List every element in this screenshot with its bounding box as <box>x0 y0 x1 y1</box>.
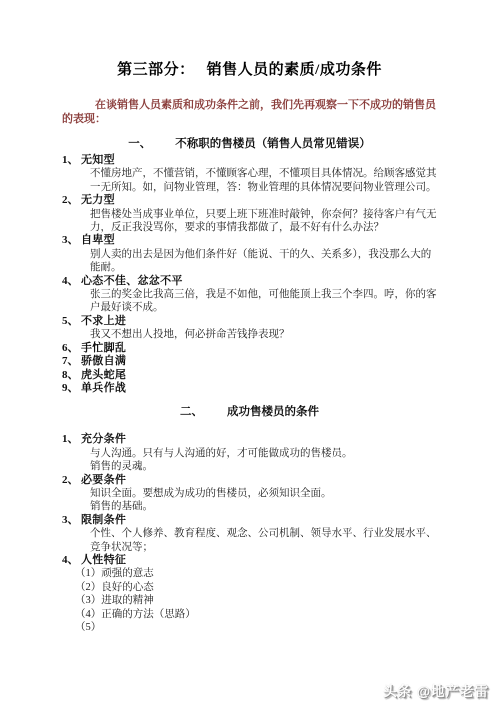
item-body: 把售楼处当成事业单位，只要上班下班准时敲钟，你奈何？接待客户有气无力，反正我没骂… <box>90 208 437 235</box>
item-number: 4、 <box>62 275 81 288</box>
list-item: 2、必要条件 知识全面。要想成为成功的售楼员，必须知识全面。 销售的基础。 <box>62 474 437 514</box>
section1-heading: 一、不称职的售楼员（销售人员常见错误） <box>62 135 437 151</box>
section1-heading-number: 一、 <box>128 138 151 150</box>
item-number: 8、 <box>62 369 81 382</box>
item-title: 自卑型 <box>81 234 115 246</box>
item-head: 1、无知型 <box>62 154 437 167</box>
item-head: 9、单兵作战 <box>62 382 437 395</box>
list-item: 3、限制条件 个性、个人修养、教育程度、观念、公司机制、领导水平、行业发展水平、… <box>62 514 437 554</box>
list-item: 5、不求上进 我又不想出人投地，何必拼命苦钱挣表现？ <box>62 315 437 342</box>
watermark: 头条 @地产老雷 <box>383 680 489 700</box>
list-item: 1、充分条件 与人沟通。只有与人沟通的好，才可能做成功的售楼员。 销售的灵魂。 <box>62 433 437 473</box>
item-body: 张三的奖金比我高三倍，我是不如他，可他能顶上我三个李四。哼，你的客户最好谈不成。 <box>90 288 437 315</box>
item-title: 无知型 <box>81 154 115 166</box>
section2-heading-text: 成功售楼员的条件 <box>227 406 319 418</box>
item-number: 4、 <box>62 554 81 567</box>
item-head: 3、自卑型 <box>62 234 437 247</box>
item-title: 无力型 <box>81 194 115 206</box>
page-title: 第三部分：销售人员的素质/成功条件 <box>62 58 437 79</box>
section1-heading-text: 不称职的售楼员（销售人员常见错误） <box>175 138 371 150</box>
page-title-main: 销售人员的素质/成功条件 <box>207 62 382 78</box>
section2-heading: 二、成功售楼员的条件 <box>62 403 437 419</box>
sub-item: （4）正确的方法（思路） <box>75 608 437 621</box>
list-item: 7、骄傲自满 <box>62 355 437 368</box>
item-body-line: 销售的基础。 <box>90 500 437 513</box>
list-item: 2、无力型 把售楼处当成事业单位，只要上班下班准时敲钟，你奈何？接待客户有气无力… <box>62 194 437 234</box>
item-body-line: 个性、个人修养、教育程度、观念、公司机制、领导水平、行业发展水平、竞争状况等； <box>90 527 437 554</box>
section2-list: 1、充分条件 与人沟通。只有与人沟通的好，才可能做成功的售楼员。 销售的灵魂。 … <box>62 433 437 634</box>
item-title: 充分条件 <box>81 433 126 445</box>
sub-item: （3）进取的精神 <box>75 594 437 607</box>
item-body-line: 与人沟通。只有与人沟通的好，才可能做成功的售楼员。 <box>90 447 437 460</box>
item-body-line: 知识全面。要想成为成功的售楼员，必须知识全面。 <box>90 487 437 500</box>
section1-list: 1、无知型 不懂房地产，不懂营销，不懂顾客心理，不懂项目具体情况。给顾客感觉其一… <box>62 154 437 395</box>
list-item: 8、虎头蛇尾 <box>62 369 437 382</box>
item-number: 9、 <box>62 382 81 395</box>
item-title: 人性特征 <box>81 554 126 566</box>
item-head: 2、无力型 <box>62 194 437 207</box>
item-title: 单兵作战 <box>81 382 126 394</box>
item-head: 3、限制条件 <box>62 514 437 527</box>
item-body: 我又不想出人投地，何必拼命苦钱挣表现？ <box>90 328 437 341</box>
item-body: 别人卖的出去是因为他们条件好（能说、干的久、关系多），我没那么大的能耐。 <box>90 248 437 275</box>
item-number: 7、 <box>62 355 81 368</box>
item-number: 2、 <box>62 474 81 487</box>
item-title: 必要条件 <box>81 474 126 486</box>
item-number: 3、 <box>62 234 81 247</box>
section2-heading-number: 二、 <box>180 406 203 418</box>
list-item: 4、人性特征 （1）顽强的意志 （2）良好的心态 （3）进取的精神 （4）正确的… <box>62 554 437 634</box>
item-number: 1、 <box>62 433 81 446</box>
item-head: 8、虎头蛇尾 <box>62 369 437 382</box>
item-number: 6、 <box>62 342 81 355</box>
document-page: 第三部分：销售人员的素质/成功条件 在谈销售人员素质和成功条件之前，我们先再观察… <box>0 0 500 707</box>
item-head: 7、骄傲自满 <box>62 355 437 368</box>
list-item: 9、单兵作战 <box>62 382 437 395</box>
sub-item: （1）顽强的意志 <box>75 567 437 580</box>
item-title: 心态不佳、忿忿不平 <box>81 275 183 287</box>
item-title: 不求上进 <box>81 315 126 327</box>
item-number: 5、 <box>62 315 81 328</box>
intro-paragraph: 在谈销售人员素质和成功条件之前，我们先再观察一下不成功的销售员的表现： <box>62 98 437 126</box>
item-head: 5、不求上进 <box>62 315 437 328</box>
item-number: 2、 <box>62 194 81 207</box>
item-number: 3、 <box>62 514 81 527</box>
sub-item: （2）良好的心态 <box>75 581 437 594</box>
list-item: 1、无知型 不懂房地产，不懂营销，不懂顾客心理，不懂项目具体情况。给顾客感觉其一… <box>62 154 437 194</box>
item-title: 虎头蛇尾 <box>81 369 126 381</box>
sub-item: （5） <box>75 621 437 634</box>
list-item: 3、自卑型 别人卖的出去是因为他们条件好（能说、干的久、关系多），我没那么大的能… <box>62 234 437 274</box>
item-title: 手忙脚乱 <box>81 342 126 354</box>
item-head: 1、充分条件 <box>62 433 437 446</box>
item-title: 骄傲自满 <box>81 355 126 367</box>
list-item: 6、手忙脚乱 <box>62 342 437 355</box>
item-head: 4、人性特征 <box>62 554 437 567</box>
item-number: 1、 <box>62 154 81 167</box>
list-item: 4、心态不佳、忿忿不平 张三的奖金比我高三倍，我是不如他，可他能顶上我三个李四。… <box>62 275 437 315</box>
item-head: 2、必要条件 <box>62 474 437 487</box>
item-head: 6、手忙脚乱 <box>62 342 437 355</box>
page-title-prefix: 第三部分： <box>117 62 195 78</box>
item-body-line: 销售的灵魂。 <box>90 460 437 473</box>
item-title: 限制条件 <box>81 514 126 526</box>
item-head: 4、心态不佳、忿忿不平 <box>62 275 437 288</box>
item-body: 不懂房地产，不懂营销，不懂顾客心理，不懂项目具体情况。给顾客感觉其一无所知。如，… <box>90 167 437 194</box>
